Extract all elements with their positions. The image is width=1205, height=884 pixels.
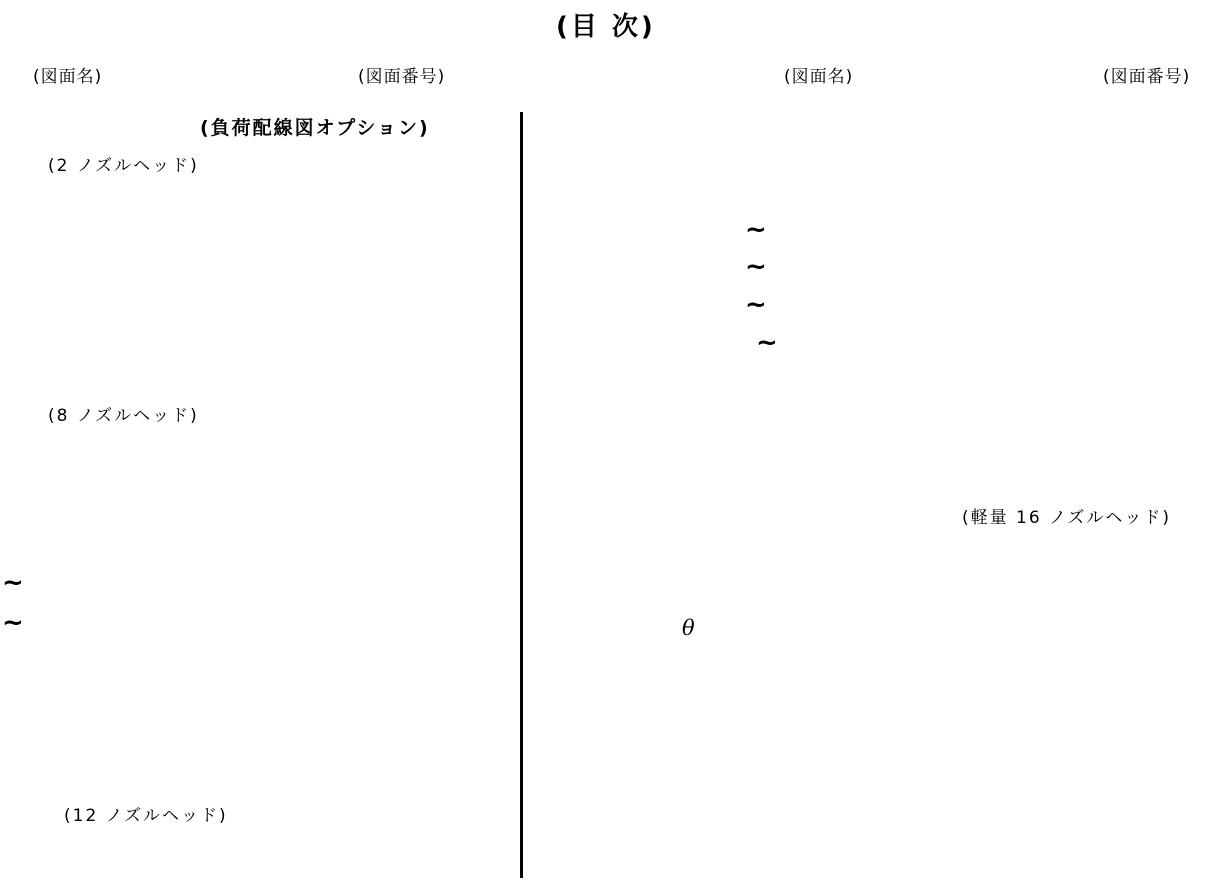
left-continuation-tilde-2: ~ (2, 610, 24, 636)
right-continuation-tilde-3: ~ (745, 292, 767, 318)
theta-symbol: θ (682, 616, 695, 640)
left-continuation-tilde-1: ~ (2, 570, 24, 596)
right-drawing-name-header: (図面名) (784, 62, 853, 87)
entry-8-nozzle-head: (8 ノズルヘッド) (48, 401, 199, 426)
entry-light-16-nozzle-head: (軽量 16 ノズルヘッド) (962, 503, 1171, 528)
right-continuation-tilde-1: ~ (745, 217, 767, 243)
entry-12-nozzle-head: (12 ノズルヘッド) (64, 801, 228, 826)
right-continuation-tilde-2: ~ (745, 254, 767, 280)
right-continuation-tilde-4: ~ (756, 330, 778, 356)
left-drawing-name-header: (図面名) (33, 62, 102, 87)
toc-page: (目 次) (図面名) (図面番号) (図面名) (図面番号) (負荷配線図オプ… (0, 0, 1205, 884)
right-drawing-number-header: (図面番号) (1103, 62, 1190, 87)
page-title: (目 次) (556, 6, 656, 43)
column-divider (520, 112, 523, 878)
left-drawing-number-header: (図面番号) (358, 62, 445, 87)
entry-2-nozzle-head: (2 ノズルヘッド) (48, 151, 199, 176)
section-heading-load-wiring-option: (負荷配線図オプション) (200, 113, 430, 140)
